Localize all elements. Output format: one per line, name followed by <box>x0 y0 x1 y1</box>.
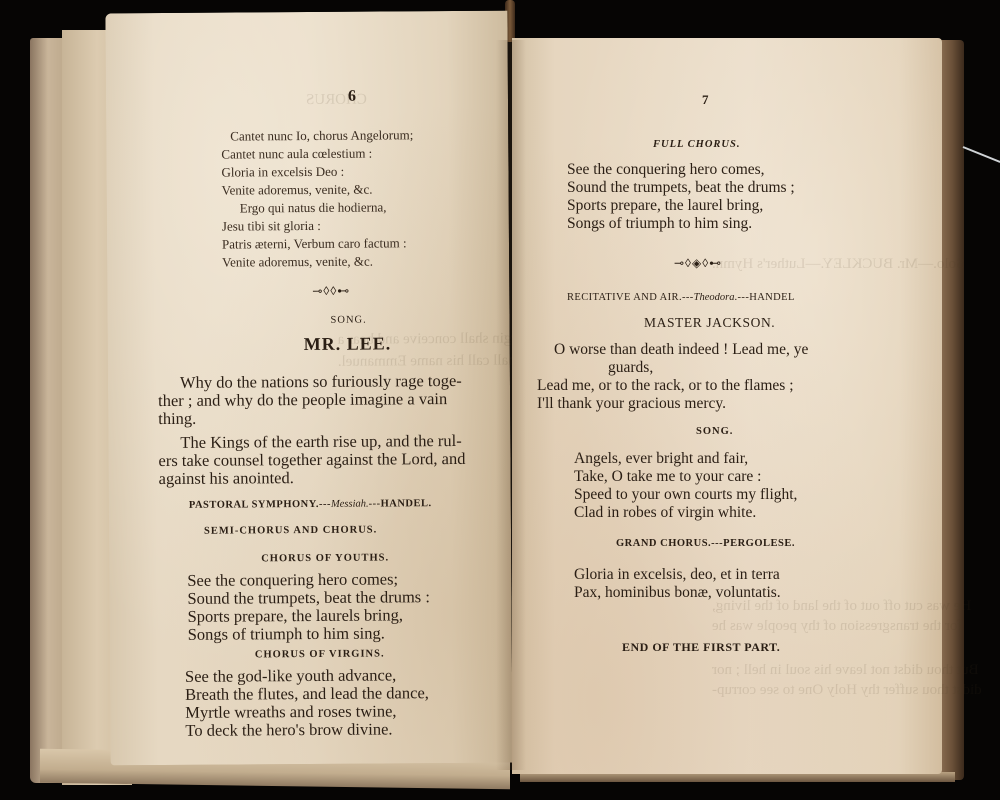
verse-line: See the conquering hero comes, <box>567 160 765 179</box>
verse-line: Songs of triumph to him sing. <box>188 623 385 644</box>
paragraph-2: The Kings of the earth rise up, and the … <box>105 11 507 14</box>
composer: .---HANDEL <box>735 292 795 303</box>
end-of-part-heading: END OF THE FIRST PART. <box>622 640 780 655</box>
verse-line: Cantet nunc aula cœlestium : <box>221 146 372 164</box>
verse-line: Songs of triumph to him sing. <box>567 214 752 233</box>
text-line: ther ; and why do the people imagine a v… <box>158 389 447 411</box>
verse-line: To deck the hero's brow divine. <box>185 719 392 740</box>
verse-line: Sports prepare, the laurel bring, <box>567 196 763 215</box>
section-title: RECITATIVE AND AIR.--- <box>567 292 694 303</box>
ornament-divider: ⊸◊◈◊⊷ <box>674 256 722 271</box>
text-line: thing. <box>158 409 196 429</box>
recitative-heading: RECITATIVE AND AIR.---Theodora.---HANDEL <box>567 292 795 303</box>
work-title: Messiah. <box>331 499 369 510</box>
right-page: Solo.—Mr. BUCKLEY.—Luther's Hymn. He was… <box>512 38 942 774</box>
verse-line: Venite adoremus, venite, &c. <box>222 254 373 272</box>
pastoral-symphony-heading: PASTORAL SYMPHONY.---Messiah.---HANDEL. <box>189 498 432 511</box>
ornament-divider: ⊸◊◊⊷ <box>312 284 350 299</box>
semi-chorus-heading: SEMI-CHORUS AND CHORUS. <box>204 525 377 537</box>
chorus-virgins-verse: See the god-like youth advance, Breath t… <box>105 11 507 14</box>
left-page: CHORUS Behold a Virgin shall conceive an… <box>105 11 512 766</box>
verse-line: Lead me, or to the rack, or to the flame… <box>537 376 794 395</box>
verse-line: Sound the trumpets, beat the drums ; <box>567 178 795 197</box>
text-line: ers take counsel together against the Lo… <box>158 449 465 471</box>
verse-line: I'll thank your gracious mercy. <box>537 394 726 413</box>
singer-name: MASTER JACKSON. <box>644 315 775 331</box>
paragraph-1: Why do the nations so furiously rage tog… <box>105 11 507 14</box>
chorus-youths-heading: CHORUS OF YOUTHS. <box>261 552 389 564</box>
verse-line: Patris æterni, Verbum caro factum : <box>222 235 407 253</box>
text-line: against his anointed. <box>159 468 294 489</box>
verse-line: guards, <box>608 358 653 377</box>
verse-line: Speed to your own courts my flight, <box>574 485 797 504</box>
verse-line: Venite adoremus, venite, &c. <box>222 182 373 200</box>
full-chorus-heading: FULL CHORUS. <box>653 139 740 150</box>
work-title: Theodora <box>694 292 735 303</box>
verse-line: Clad in robes of virgin white. <box>574 503 756 522</box>
verse-line: Gloria in excelsis, deo, et in terra <box>574 565 780 584</box>
verse-line: Angels, ever bright and fair, <box>574 449 748 468</box>
chorus-youths-verse: See the conquering hero comes; Sound the… <box>105 11 507 14</box>
page-number: 7 <box>702 92 709 108</box>
open-book: CHORUS Behold a Virgin shall conceive an… <box>0 0 1000 800</box>
verse-line: Pax, hominibus bonæ, voluntatis. <box>574 583 781 602</box>
page-number: 6 <box>348 88 356 106</box>
singer-name: MR. LEE. <box>304 333 392 355</box>
latin-verse: Cantet nunc Io, chorus Angelorum; Cantet… <box>105 11 507 14</box>
book-gutter <box>496 40 526 770</box>
verse-line: Ergo qui natus die hodierna, <box>240 199 387 217</box>
verse-line: O worse than death indeed ! Lead me, ye <box>554 340 808 359</box>
bookmark-thread <box>963 146 1000 163</box>
grand-chorus-heading: GRAND CHORUS.---PERGOLESE. <box>616 538 795 549</box>
chorus-virgins-heading: CHORUS OF VIRGINS. <box>255 648 385 660</box>
verse-line: Gloria in excelsis Deo : <box>221 164 344 181</box>
section-title: PASTORAL SYMPHONY.--- <box>189 499 331 511</box>
composer: ---HANDEL. <box>369 498 432 509</box>
verse-line: Cantet nunc Io, chorus Angelorum; <box>230 127 413 145</box>
song-heading: SONG. <box>696 426 733 437</box>
verse-line: Jesu tibi sit gloria : <box>222 218 321 235</box>
song-heading: SONG. <box>330 315 366 326</box>
verse-line: Take, O take me to your care : <box>574 467 761 486</box>
